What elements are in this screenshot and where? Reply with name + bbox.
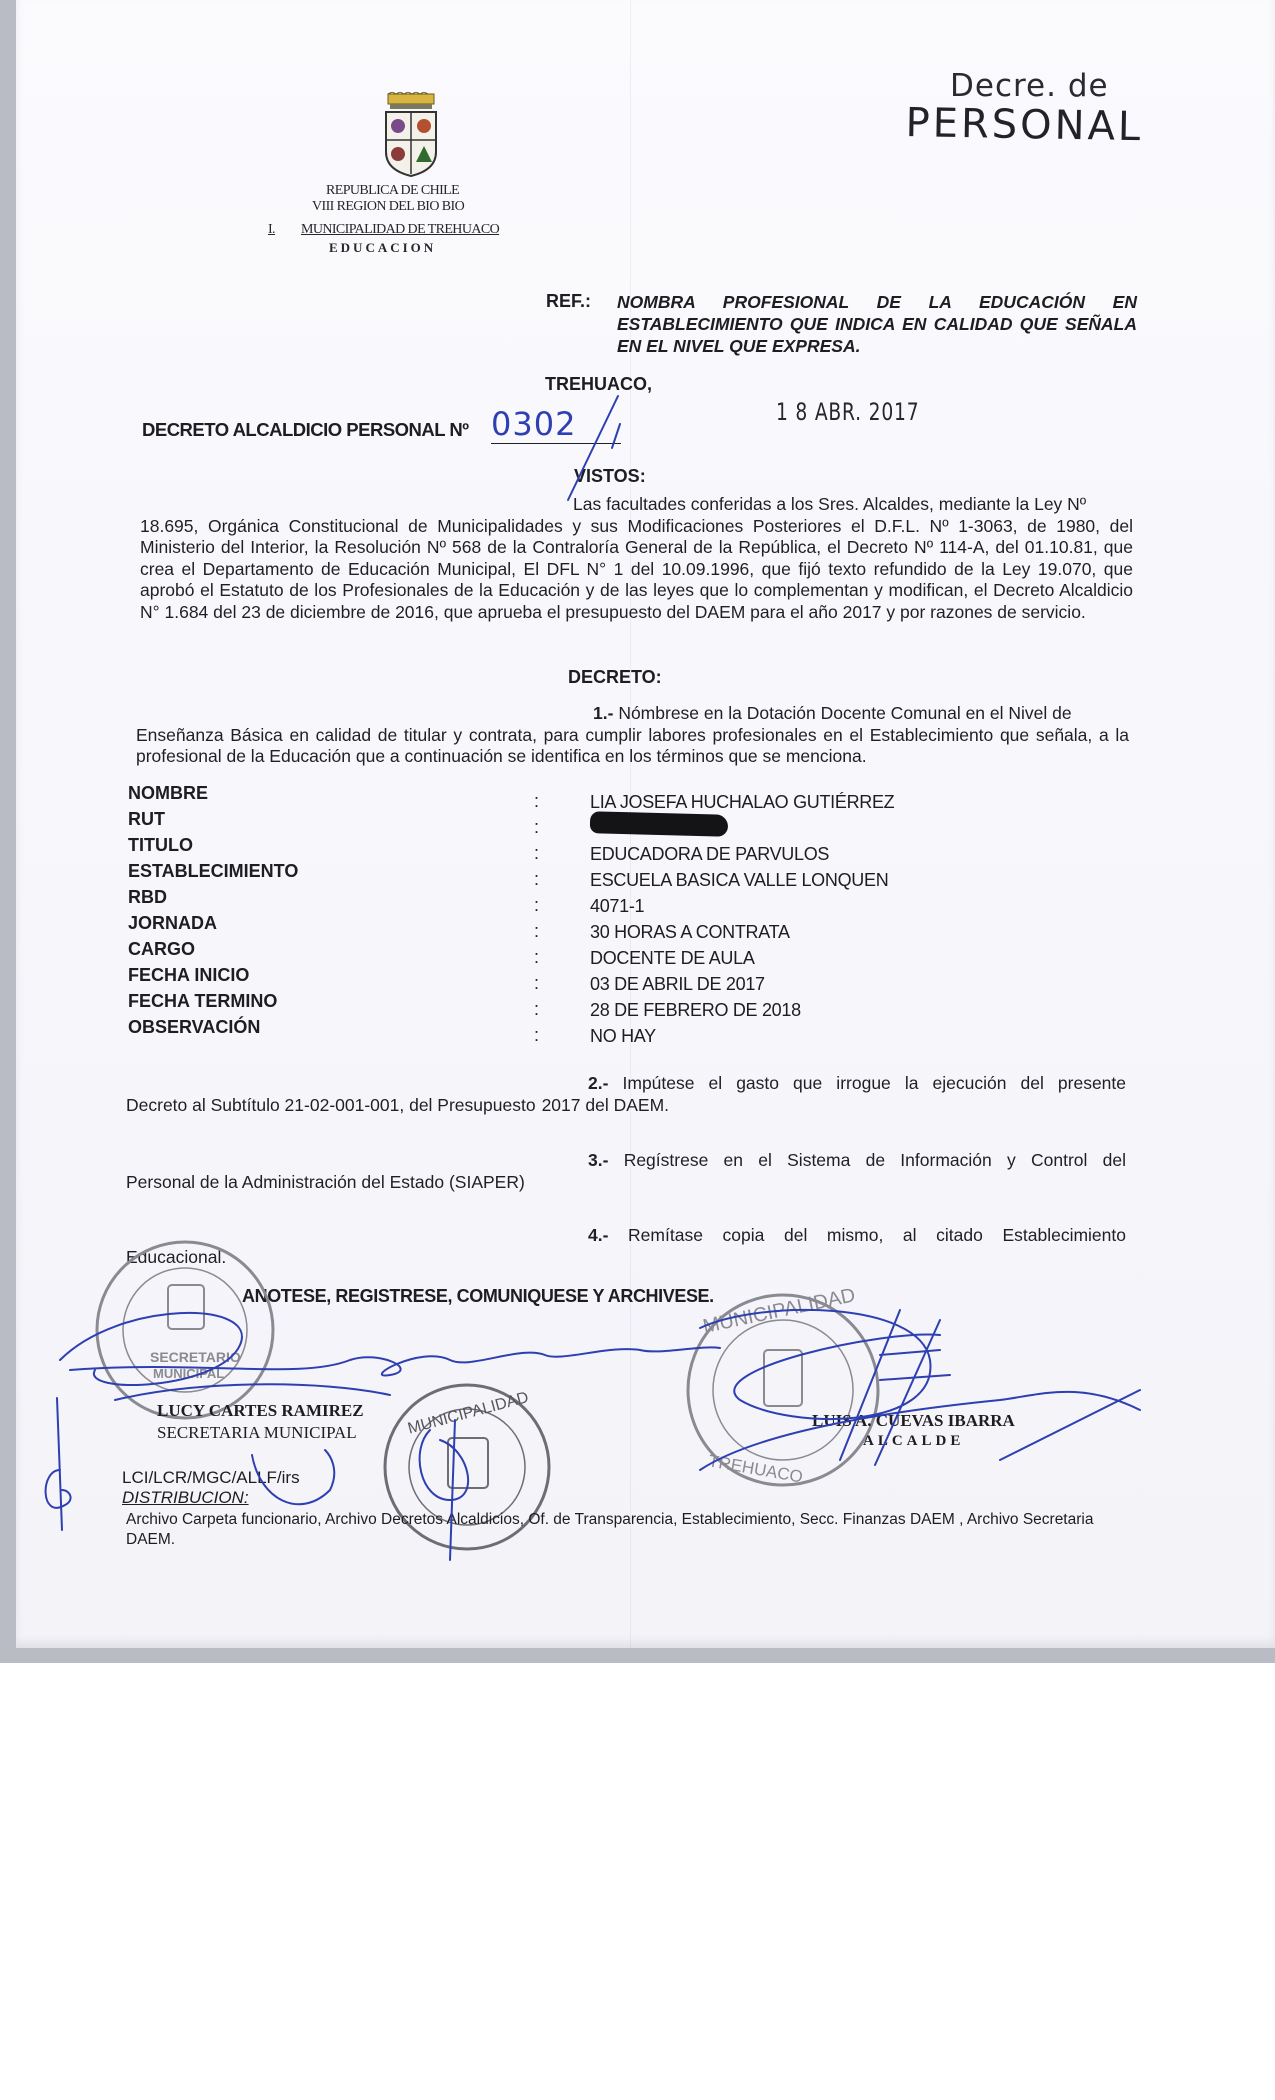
article-1-first-line: Nómbrese en la Dotación Docente Comunal … — [618, 703, 1071, 723]
field-row-jornada: JORNADA : 30 HORAS A CONTRATA — [128, 913, 888, 939]
signatory-2-title: ALCALDE — [863, 1433, 964, 1450]
field-row-observacion: OBSERVACIÓN : NO HAY — [128, 1017, 888, 1043]
field-label: RUT — [128, 809, 165, 830]
field-label: ESTABLECIMIENTO — [128, 861, 298, 882]
place: TREHUACO, — [545, 374, 652, 395]
field-row-fecha-termino: FECHA TERMINO : 28 DE FEBRERO DE 2018 — [128, 991, 888, 1017]
field-label: FECHA TERMINO — [128, 991, 277, 1012]
field-row-fecha-inicio: FECHA INICIO : 03 DE ABRIL DE 2017 — [128, 965, 888, 991]
article-2-second-line-tail: 2017 del DAEM. — [542, 1095, 669, 1115]
field-label: RBD — [128, 887, 167, 908]
decree-number-label: DECRETO ALCALDICIO PERSONAL Nº — [142, 419, 469, 441]
article-4-second-line: Educacional. — [126, 1247, 1126, 1269]
vistos-heading: VISTOS: — [574, 466, 646, 487]
reference-line: EN EL NIVEL QUE EXPRESA. — [617, 335, 1137, 357]
header-department: EDUCACION — [329, 240, 436, 256]
coat-of-arms-icon — [378, 92, 444, 178]
article-4-first-line: Remítase copia del mismo, al citado Esta… — [628, 1225, 1126, 1245]
decreto-heading: DECRETO: — [568, 667, 662, 688]
field-row-rut: RUT : — [128, 809, 888, 835]
closing-formula: ANOTESE, REGISTRESE, COMUNIQUESE Y ARCHI… — [242, 1286, 714, 1307]
field-row-establecimiento: ESTABLECIMIENTO : ESCUELA BASICA VALLE L… — [128, 861, 888, 887]
field-label: OBSERVACIÓN — [128, 1017, 260, 1038]
article-4-number: 4.- — [588, 1225, 608, 1245]
article-2-number: 2.- — [588, 1073, 608, 1093]
reference-line: ESTABLECIMIENTO QUE INDICA EN CALIDAD QU… — [617, 313, 1137, 335]
field-row-rbd: RBD : 4071-1 — [128, 887, 888, 913]
decree-number-value: 0302 — [491, 405, 621, 444]
vistos-first-line: Las facultades conferidas a los Sres. Al… — [140, 494, 1133, 516]
article-4: 4.- Remítase copia del mismo, al citado … — [126, 1225, 1126, 1268]
article-1: 1.- Nómbrese en la Dotación Docente Comu… — [136, 703, 1129, 768]
reference-line: NOMBRA PROFESIONAL DE LA EDUCACIÓN EN — [617, 291, 1137, 313]
header-municipality-name: MUNICIPALIDAD DE TREHUACO — [301, 222, 499, 237]
initials: LCI/LCR/MGC/ALLF/irs — [122, 1468, 300, 1488]
distribution-heading: DISTRIBUCION: — [122, 1488, 249, 1508]
field-row-titulo: TITULO : EDUCADORA DE PARVULOS — [128, 835, 888, 861]
field-separator: : — [534, 1025, 539, 1046]
article-3-first-line: Regístrese en el Sistema de Información … — [624, 1150, 1126, 1170]
header-country: REPUBLICA DE CHILE — [326, 183, 459, 199]
header-municipality: I.MUNICIPALIDAD DE TREHUACO — [268, 222, 499, 238]
vistos-text: 18.695, Orgánica Constitucional de Munic… — [140, 516, 1133, 622]
date-stamp: 1 8 ABR. 2017 — [776, 398, 919, 426]
stamp-decree-type-line2: PERSONAL — [905, 100, 1143, 150]
reference-label: REF.: — [546, 291, 591, 312]
article-3-number: 3.- — [588, 1150, 608, 1170]
header-region: VIII REGION DEL BIO BIO — [312, 199, 464, 215]
field-value: NO HAY — [590, 1026, 656, 1047]
field-label: NOMBRE — [128, 783, 208, 804]
vistos-body: Las facultades conferidas a los Sres. Al… — [140, 494, 1133, 623]
signatory-1-title: SECRETARIA MUNICIPAL — [157, 1423, 357, 1443]
reference-text: NOMBRA PROFESIONAL DE LA EDUCACIÓN EN ES… — [617, 291, 1137, 357]
article-1-number: 1.- — [593, 703, 613, 723]
appointment-fields: NOMBRE : LIA JOSEFA HUCHALAO GUTIÉRREZ R… — [128, 783, 888, 1043]
article-3-second-line: Personal de la Administración del Estado… — [126, 1172, 1126, 1194]
field-label: FECHA INICIO — [128, 965, 249, 986]
article-3: 3.- Regístrese en el Sistema de Informac… — [126, 1150, 1126, 1193]
signatory-1-name: LUCY CARTES RAMIREZ — [157, 1401, 364, 1421]
redaction-mark — [590, 811, 729, 837]
article-2-second-line: Decreto al Subtítulo 21-02-001-001, del … — [126, 1095, 536, 1115]
article-2-first-line: Impútese el gasto que irrogue la ejecuci… — [623, 1073, 1127, 1093]
header-municipality-prefix: I. — [268, 222, 275, 237]
field-row-nombre: NOMBRE : LIA JOSEFA HUCHALAO GUTIÉRREZ — [128, 783, 888, 809]
signatory-2-name: LUIS A. CUEVAS IBARRA — [812, 1411, 1015, 1431]
field-label: TITULO — [128, 835, 193, 856]
article-2: 2.- Impútese el gasto que irrogue la eje… — [126, 1073, 1126, 1116]
field-label: JORNADA — [128, 913, 217, 934]
article-1-body: Enseñanza Básica en calidad de titular y… — [136, 725, 1129, 767]
stamp-decree-type-line1: Decre. de — [950, 68, 1109, 104]
field-label: CARGO — [128, 939, 195, 960]
field-row-cargo: CARGO : DOCENTE DE AULA — [128, 939, 888, 965]
distribution-list: Archivo Carpeta funcionario, Archivo Dec… — [126, 1510, 1126, 1550]
